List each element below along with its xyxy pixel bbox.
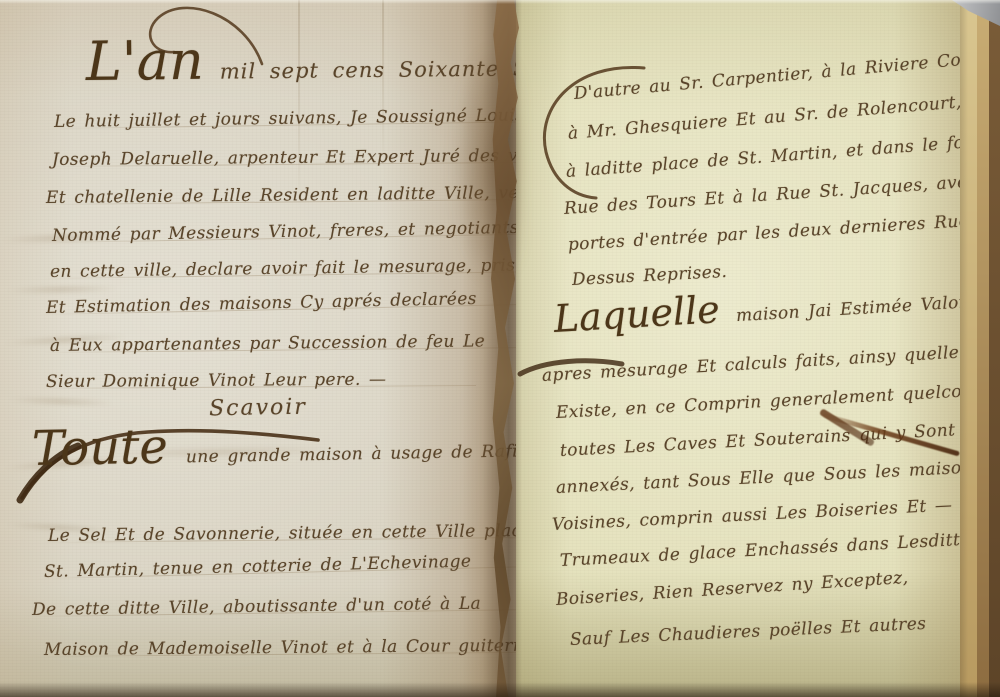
underlying-page-edge xyxy=(989,0,1000,697)
manuscript-line: St. Martin, tenue en cotterie de L'Echev… xyxy=(44,552,472,582)
manuscript-line: Joseph Delaruelle, arpenteur Et Expert J… xyxy=(52,146,516,170)
manuscript-line: en cette ville, declare avoir fait le me… xyxy=(50,255,516,282)
drop-cap-initial: Toute xyxy=(32,428,168,469)
opening-line: L'an mil sept cens Soixante Six xyxy=(86,35,516,85)
manuscript-line: mil sept cens Soixante Six xyxy=(220,56,516,83)
ink-bleedthrough-mark xyxy=(0,283,142,297)
manuscript-line: Dessus Reprises. xyxy=(571,262,727,290)
drop-cap-initial: Laquelle xyxy=(553,294,720,334)
manuscript-line: Boiseries, Rien Reservez ny Exceptez, xyxy=(555,568,909,610)
manuscript-line: Existe, en ce Comprin generalement quelc… xyxy=(555,379,1000,423)
manuscript-line: Trumeaux de glace Enchassés dans Lesditt… xyxy=(559,529,980,571)
manuscript-line: portes d'entrée par les deux dernieres R… xyxy=(567,209,1000,255)
paper-crease xyxy=(298,0,300,210)
manuscript-line: apres mesurage Et calculs faits, ainsy q… xyxy=(541,343,959,386)
manuscript-line: Sauf Les Chaudieres poëlles Et autres xyxy=(570,614,927,650)
manuscript-photo: L'an mil sept cens Soixante Six Le huit … xyxy=(0,0,1000,697)
underlying-page-edge xyxy=(960,0,978,697)
paper-crease xyxy=(382,0,384,170)
manuscript-line: Maison de Mademoiselle Vinot et à la Cou… xyxy=(44,636,516,660)
right-page: D'autre au Sr. Carpentier, à la Riviere … xyxy=(516,0,1000,697)
manuscript-line: annexés, tant Sous Elle que Sous les mai… xyxy=(556,457,983,498)
manuscript-line: Nommé par Messieurs Vinot, freres, et ne… xyxy=(52,218,516,246)
manuscript-line: toutes Les Caves Et Souterains qui y Son… xyxy=(559,419,981,461)
manuscript-line: Le huit juillet et jours suivans, Je Sou… xyxy=(54,105,516,132)
manuscript-line: à Eux appartenantes par Succession de fe… xyxy=(50,331,485,356)
entry-opening-line: Toute une grande maison à usage de Rafin… xyxy=(32,421,516,470)
manuscript-line: une grande maison à usage de Rafiner xyxy=(186,441,516,467)
drop-cap-initial: L'an xyxy=(86,39,204,83)
manuscript-line: Voisines, comprin aussi Les Boiseries Et… xyxy=(552,495,953,535)
manuscript-line: Sieur Dominique Vinot Leur pere. — xyxy=(46,370,387,392)
left-page: L'an mil sept cens Soixante Six Le huit … xyxy=(0,0,516,697)
manuscript-line: Et chatellenie de Lille Resident en ladi… xyxy=(46,182,516,208)
manuscript-line: Et Estimation des maisons Cy aprés decla… xyxy=(46,289,477,318)
manuscript-line: De cette ditte Ville, aboutissante d'un … xyxy=(32,594,481,620)
manuscript-line: Le Sel Et de Savonnerie, située en cette… xyxy=(48,521,516,546)
